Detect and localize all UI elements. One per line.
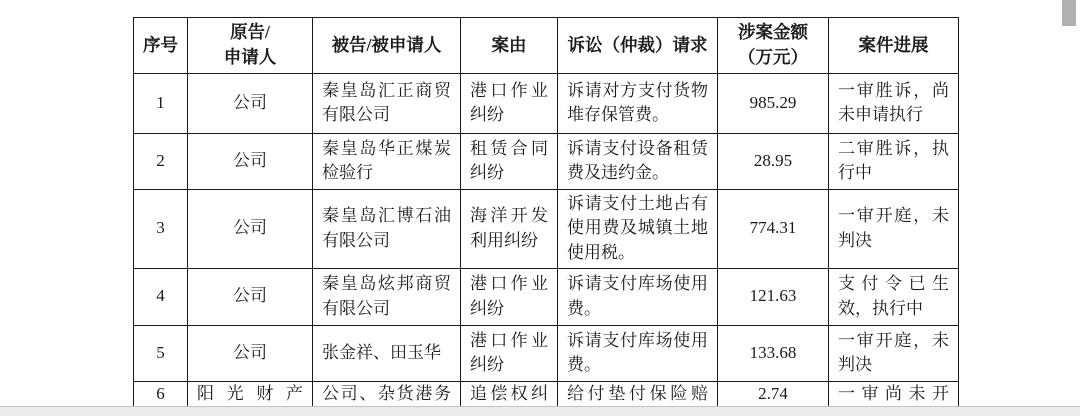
- cell-progress: 二审胜诉，执行中: [829, 133, 959, 189]
- cell-cause: 港口作业纠纷: [461, 325, 558, 381]
- cell-amount: 2.74: [718, 381, 829, 407]
- cell-index: 3: [134, 189, 188, 268]
- cell-amount: 28.95: [718, 133, 829, 189]
- cell-cause: 港口作业纠纷: [461, 268, 558, 325]
- cell-claim: 诉请对方支付货物堆存保管费。: [558, 73, 718, 133]
- cell-progress: 一审胜诉，尚未申请执行: [829, 73, 959, 133]
- cell-cause: 追偿权纠: [461, 381, 558, 407]
- cell-claim: 诉请支付设备租赁费及违约金。: [558, 133, 718, 189]
- cell-amount: 133.68: [718, 325, 829, 381]
- cell-progress: 一审开庭，未判决: [829, 325, 959, 381]
- cell-amount: 774.31: [718, 189, 829, 268]
- table-row: 6 阳光财产 公司、杂货港务 追偿权纠 给付垫付保险赔 2.74 一审尚未开: [134, 381, 959, 407]
- col-header-claim: 诉讼（仲裁）请求: [558, 18, 718, 74]
- document-page: 序号 原告/ 申请人 被告/被申请人 案由 诉讼（仲裁）请求 涉案金额 （万元）…: [0, 0, 1080, 416]
- table-row: 2 公司 秦皇岛华正煤炭检验行 租赁合同纠纷 诉请支付设备租赁费及违约金。 28…: [134, 133, 959, 189]
- table-header-row: 序号 原告/ 申请人 被告/被申请人 案由 诉讼（仲裁）请求 涉案金额 （万元）…: [134, 18, 959, 74]
- col-header-plaintiff: 原告/ 申请人: [188, 18, 313, 74]
- table-row: 1 公司 秦皇岛汇正商贸有限公司 港口作业纠纷 诉请对方支付货物堆存保管费。 9…: [134, 73, 959, 133]
- col-header-progress: 案件进展: [829, 18, 959, 74]
- cell-index: 1: [134, 73, 188, 133]
- cell-progress: 一审尚未开: [829, 381, 959, 407]
- table-row: 5 公司 张金祥、田玉华 港口作业纠纷 诉请支付库场使用费。 133.68 一审…: [134, 325, 959, 381]
- col-header-defendant: 被告/被申请人: [313, 18, 461, 74]
- col-header-amount: 涉案金额 （万元）: [718, 18, 829, 74]
- cell-defendant: 秦皇岛汇博石油有限公司: [313, 189, 461, 268]
- cell-index: 6: [134, 381, 188, 407]
- cell-defendant: 秦皇岛华正煤炭检验行: [313, 133, 461, 189]
- cell-index: 5: [134, 325, 188, 381]
- cell-plaintiff: 公司: [188, 189, 313, 268]
- cell-progress: 支付令已生效，执行中: [829, 268, 959, 325]
- cell-defendant: 秦皇岛汇正商贸有限公司: [313, 73, 461, 133]
- cell-claim: 诉请支付土地占有使用费及城镇土地使用税。: [558, 189, 718, 268]
- cell-cause: 港口作业纠纷: [461, 73, 558, 133]
- table-row: 3 公司 秦皇岛汇博石油有限公司 海洋开发利用纠纷 诉请支付土地占有使用费及城镇…: [134, 189, 959, 268]
- cell-progress: 一审开庭，未判决: [829, 189, 959, 268]
- cell-defendant: 秦皇岛炫邦商贸有限公司: [313, 268, 461, 325]
- col-header-index: 序号: [134, 18, 188, 74]
- cell-defendant: 公司、杂货港务: [313, 381, 461, 407]
- cell-claim: 给付垫付保险赔: [558, 381, 718, 407]
- cell-defendant: 张金祥、田玉华: [313, 325, 461, 381]
- col-header-cause: 案由: [461, 18, 558, 74]
- cell-amount: 121.63: [718, 268, 829, 325]
- cell-cause: 租赁合同纠纷: [461, 133, 558, 189]
- cell-index: 4: [134, 268, 188, 325]
- cell-claim: 诉请支付库场使用费。: [558, 325, 718, 381]
- cell-claim: 诉请支付库场使用费。: [558, 268, 718, 325]
- cell-plaintiff: 公司: [188, 73, 313, 133]
- cell-plaintiff: 公司: [188, 325, 313, 381]
- cell-amount: 985.29: [718, 73, 829, 133]
- cell-plaintiff: 阳光财产: [188, 381, 313, 407]
- scrollbar-thumb[interactable]: [1062, 0, 1076, 26]
- cell-plaintiff: 公司: [188, 268, 313, 325]
- cell-plaintiff: 公司: [188, 133, 313, 189]
- table-row: 4 公司 秦皇岛炫邦商贸有限公司 港口作业纠纷 诉请支付库场使用费。 121.6…: [134, 268, 959, 325]
- cell-index: 2: [134, 133, 188, 189]
- litigation-table: 序号 原告/ 申请人 被告/被申请人 案由 诉讼（仲裁）请求 涉案金额 （万元）…: [133, 17, 959, 407]
- cell-cause: 海洋开发利用纠纷: [461, 189, 558, 268]
- page-bottom-divider: [0, 406, 1080, 416]
